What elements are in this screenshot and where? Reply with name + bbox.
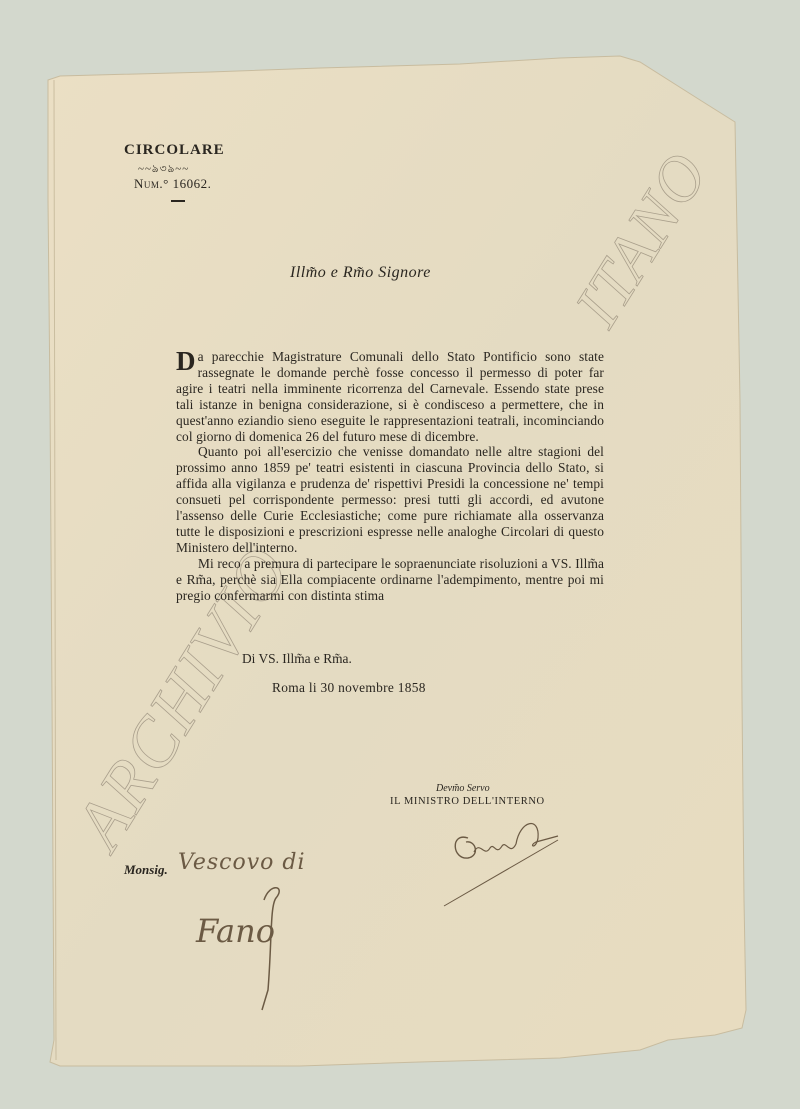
circular-number: Num.° 16062. — [134, 176, 211, 192]
devoted-servant: Devm̃o Servo — [436, 783, 490, 794]
minister-signature — [440, 810, 570, 910]
dateline: Roma li 30 novembre 1858 — [272, 680, 426, 696]
minister-title: IL MINISTRO DELL'INTERNO — [390, 796, 545, 807]
addressee-prefix: Monsig. — [124, 862, 168, 878]
closing-formula: Di VS. Illm̃a e Rm̃a. — [242, 651, 352, 667]
letter-body: Da parecchie Magistrature Comunali dello… — [176, 349, 604, 604]
document-photo: ARCHIVIO ITANO CIRCOLARE ~~ঌ৩ঌ~~ Num.° 1… — [0, 0, 800, 1109]
paragraph-1: a parecchie Magistrature Comunali dello … — [176, 349, 604, 444]
drop-cap: D — [176, 350, 196, 372]
handwritten-bishop: Vescovo di — [178, 850, 306, 875]
circular-title: CIRCOLARE — [124, 142, 225, 159]
header-rule — [171, 200, 185, 202]
pen-flourish — [250, 880, 290, 1020]
salutation: Illm̃o e Rm̃o Signore — [290, 264, 431, 282]
paragraph-2: Quanto poi all'esercizio che venisse dom… — [176, 444, 604, 555]
paragraph-3: Mi reco a premura di partecipare le sopr… — [176, 556, 604, 604]
